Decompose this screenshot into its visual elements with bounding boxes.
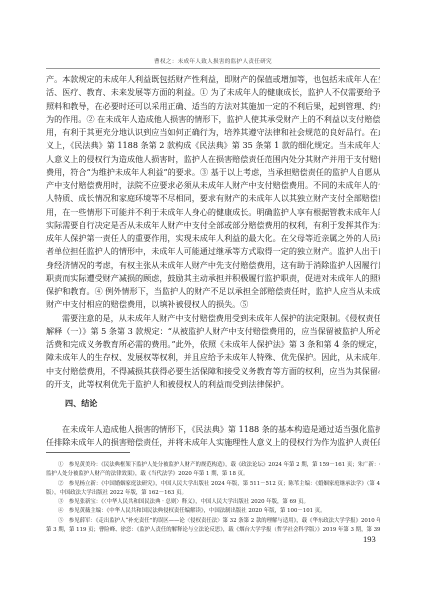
body-line: 保护和教育。④ 例外情形下，当监护人的财产不足以承担全部赔偿责任时，监护人应当从… [46, 285, 380, 298]
footnote-line: ② 参见杨立新：《中国婚姻家庭法研究》，中国人民大学出版社 2024 年版，第 … [46, 480, 380, 489]
conclusion-line: 在未成年人造成他人损害的情形下，《民法典》第 1188 条的基本构造是通过适当强… [46, 423, 380, 436]
body-line: 用，在一些情形下可能并不利于未成年人身心的健康成长。明确监护人享有根据管教未成年… [46, 206, 380, 219]
footnote-line: ④ 参见黄薇主编：《中华人民共和国民法典侵权责任编解读》，中国法制出版社 202… [46, 507, 380, 516]
body-line: 人特质、成长情况和家庭环境等不尽相同，要求有财产的未成年人以其独立财产支付全部赔… [46, 192, 380, 205]
body-line: 身经济情况的考虑，有权主张从未成年人财产中先支付赔偿费用，这有助于消除监护人因履… [46, 259, 380, 272]
body-line: 照料和教导，在必要时还可以采用正确、适当的方法对其施加一定的不利后果，起到管理、… [46, 100, 380, 113]
footnote-line: 版），中国政法大学出版社 2022 年版，第 162－163 页。 [46, 489, 380, 498]
footnote-line: ③ 参见张新宝：《〈中华人民共和国民法典 · 总则〉释义》，中国人民大学出版社 … [46, 498, 380, 507]
conclusion-line: 任排除未成年人的损害赔偿责任，并将未成年人实施理性人意义上的侵权行为作为监护人责… [46, 436, 380, 449]
footnotes: ① 参见黄美玲：《民法典框架下监护人处分被监护人财产的规范构造》，载《政法论坛》… [46, 461, 380, 535]
body-line: 解释（一）》第 5 条第 3 款规定：“从被监护人财产中支付赔偿费用的，应当保留… [46, 325, 380, 338]
body-line: 义上，《民法典》第 1188 条第 2 款构成《民法典》第 35 条第 1 款的… [46, 139, 380, 152]
footnote-rule [46, 452, 130, 453]
header-rule [46, 68, 380, 69]
running-head-title: 曹权之：未成年人致人损害的监护人责任研究 [46, 57, 380, 65]
body-line: 中支付赔偿费用，不得减损其获得必要生活保障和接受义务教育等方面的权利，应当为其保… [46, 365, 380, 378]
body-line: 产。本款规定的未成年人利益既包括财产性利益，即财产的保值或增加等，也包括未成年人… [46, 73, 380, 86]
body-line: 者单位担任监护人的情形中，未成年人可能通过继承等方式取得一定的独立财产。监护人出… [46, 245, 380, 258]
body-line: 费用，符合“为维护未成年人利益”的要求。③ 基于以上考虑，当承担赔偿责任的监护人… [46, 166, 380, 179]
conclusion-text: 在未成年人造成他人损害的情形下，《民法典》第 1188 条的基本构造是通过适当强… [46, 423, 380, 450]
page-number: 193 [363, 534, 376, 544]
body-line: 需要注意的是，从未成年人财产中支付赔偿费用受到未成年人保护的法定限制。《侵权责任… [46, 312, 380, 325]
body-line: 人意义上的侵权行为造成他人损害时，监护人在损害赔偿责任范围内处分其财产并用于支付… [46, 153, 380, 166]
body-line: 职责而实际遭受财产减损的顾虑，鼓励其主动承担并积极履行监护职责，促进对未成年人的… [46, 272, 380, 285]
body-line: 的开支，此等权利优先于监护人和被侵权人的利益而受到法律保护。 [46, 378, 380, 391]
body-line: 障未成年人的生存权、发展权等权利，并且应给予未成年人特殊、优先保护。因此，从未成… [46, 351, 380, 364]
footnote-line: ① 参见黄美玲：《民法典框架下监护人处分被监护人财产的规范构造》，载《政法论坛》… [46, 461, 380, 470]
body-line: 成年人保护第一责任人的重要作用，实现未成年人利益的最大化。在父母等近亲属之外的人… [46, 232, 380, 245]
footnote-line: 监护人处分被监护人财产的法律效果》，载《当代法学》2020 年第 1 期，第 1… [46, 470, 380, 479]
body-line: 活费和完成义务教育所必需的费用。”此外，依照《未成年人保护法》第 3 条和第 4… [46, 338, 380, 351]
section-title: 四、结论 [65, 398, 97, 409]
body-line: 活、医疗、教育、未来发展等方面的利益。① 为了未成年人的健康成长，监护人不仅需要… [46, 86, 380, 99]
body-line: 财产中支付相应的赔偿费用，以填补被侵权人的损失。⑤ [46, 298, 380, 311]
footnote-line: 第 3 期，第 119 页；曹险峰、徐恋：《监护人责任的解释论与立法论反思》，载… [46, 526, 380, 535]
body-line: 产中支付赔偿费用时，法院不应要求必须从未成年人财产中支付赔偿费用。不同的未成年人… [46, 179, 380, 192]
body-line: 用，有利于其更充分地认识到应当如何正确行为，培养其遵守法律和社会规范的良好品行。… [46, 126, 380, 139]
body-line: 实际需要自行决定是否从未成年人财产中支付全部或部分赔偿费用的权利，有利于发挥其作… [46, 219, 380, 232]
footnote-line: ⑤ 参见薛军：《走出监护人“补充责任”的误区——论〈侵权责任法〉第 32 条第 … [46, 517, 380, 526]
body-line: 为的作用。② 在未成年人造成他人损害的情形下，监护人使其承受财产上的不利益以支付… [46, 113, 380, 126]
body-text: 产。本款规定的未成年人利益既包括财产性利益，即财产的保值或增加等，也包括未成年人… [46, 73, 380, 391]
